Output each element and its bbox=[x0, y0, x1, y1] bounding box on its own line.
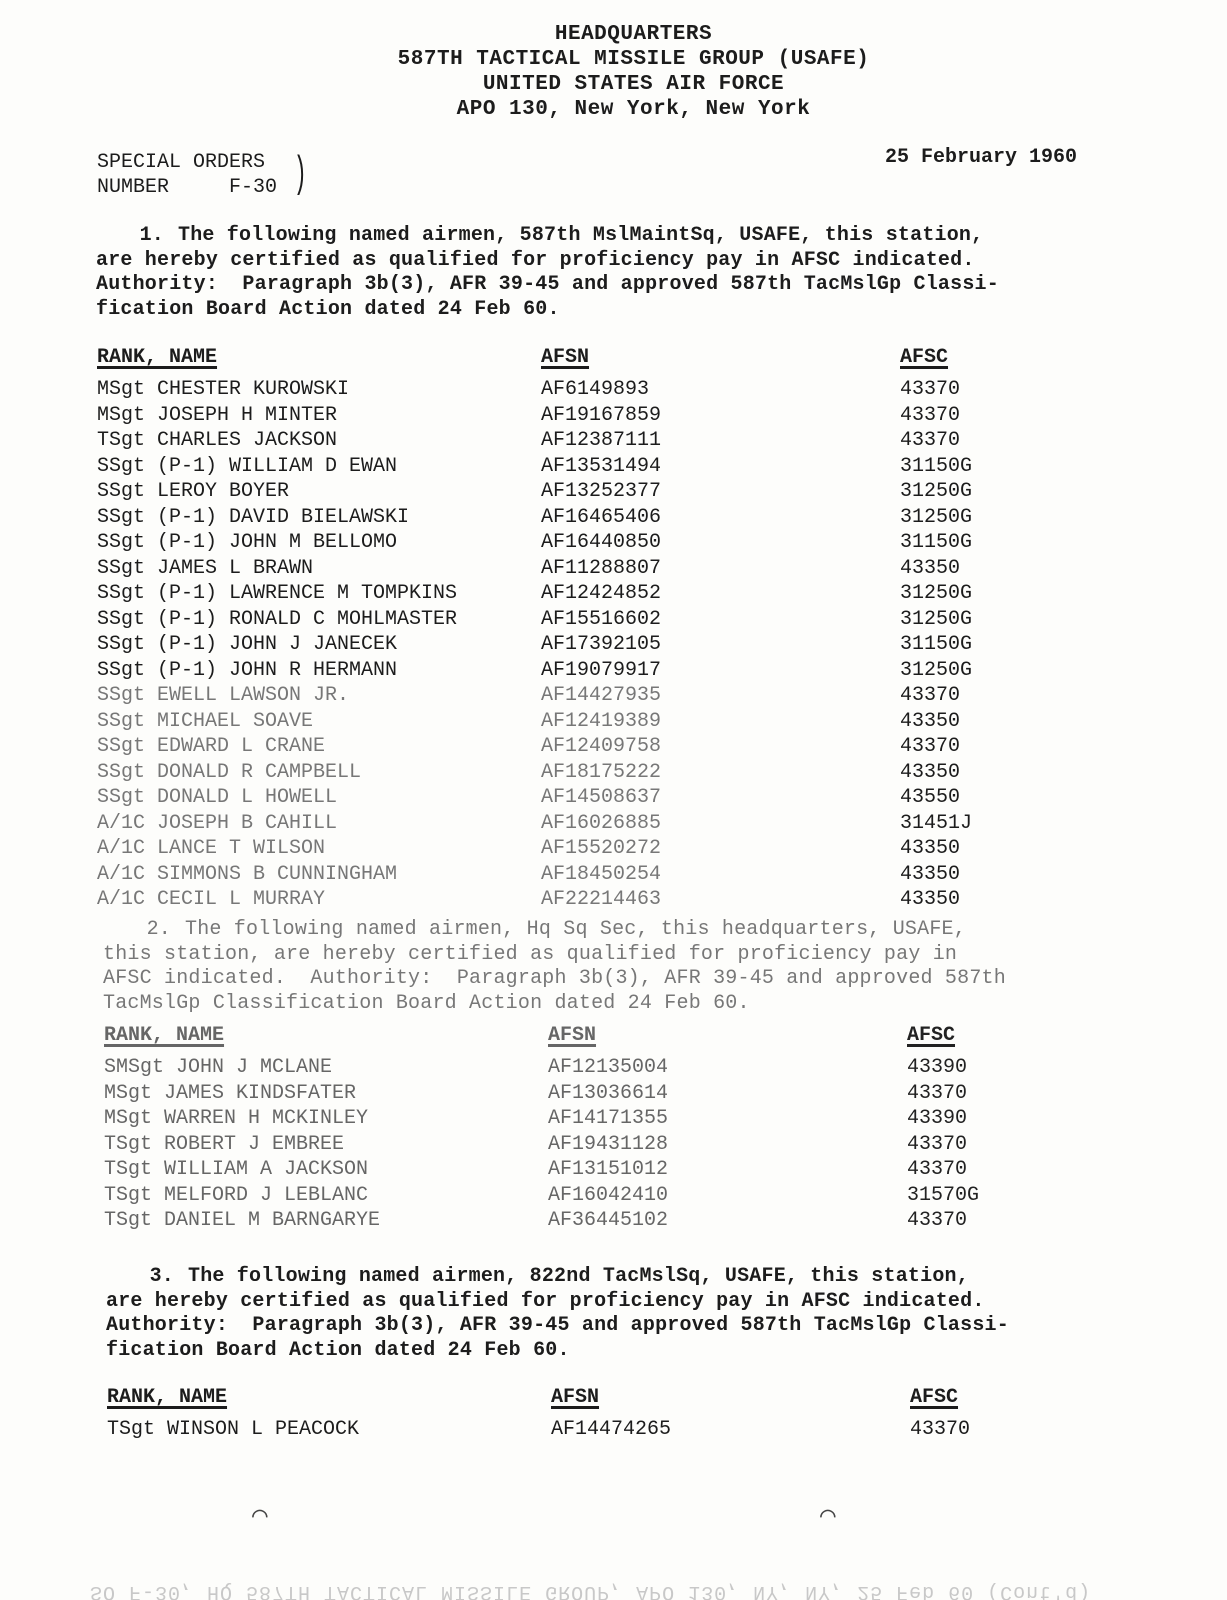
table-row: A/1C LANCE T WILSONAF1552027243350 bbox=[97, 837, 1117, 863]
table-row: TSgt ROBERT J EMBREEAF1943112843370 bbox=[104, 1133, 1124, 1159]
rank-name-cell: SSgt (P-1) WILLIAM D EWAN bbox=[97, 455, 397, 478]
rank-name-cell: SMSgt JOHN J MCLANE bbox=[104, 1056, 332, 1079]
special-orders-number: SPECIAL ORDERS NUMBER F-30 ) bbox=[97, 150, 277, 200]
rank-name-cell: SSgt (P-1) JOHN M BELLOMO bbox=[97, 531, 397, 554]
column-header-afsc: AFSC bbox=[900, 346, 948, 369]
afsc-cell: 43370 bbox=[900, 684, 960, 707]
afsn-cell: AF6149893 bbox=[541, 378, 649, 401]
column-header-rank-name: RANK, NAME bbox=[97, 346, 217, 369]
rank-name-cell: A/1C SIMMONS B CUNNINGHAM bbox=[97, 863, 397, 886]
afsc-cell: 43370 bbox=[907, 1133, 967, 1156]
afsc-cell: 43370 bbox=[907, 1209, 967, 1232]
rank-name-cell: TSgt WINSON L PEACOCK bbox=[107, 1418, 359, 1441]
document-page: HEADQUARTERS 587TH TACTICAL MISSILE GROU… bbox=[0, 0, 1227, 1600]
afsn-cell: AF19079917 bbox=[541, 659, 661, 682]
rank-name-cell: TSgt DANIEL M BARNGARYE bbox=[104, 1209, 380, 1232]
table-row: SSgt EWELL LAWSON JR.AF1442793543370 bbox=[97, 684, 1117, 710]
afsc-cell: 43350 bbox=[900, 863, 960, 886]
table-row: TSgt DANIEL M BARNGARYEAF3644510243370 bbox=[104, 1209, 1124, 1235]
column-header-afsc: AFSC bbox=[907, 1024, 955, 1047]
bleed-through-text: SO F-30, HQ 587TH TACTICAL MISSILE GROUP… bbox=[90, 1580, 1190, 1600]
section-1-table: RANK, NAMEAFSNAFSCMSgt CHESTER KUROWSKIA… bbox=[97, 346, 1117, 914]
table-row: SSgt (P-1) JOHN M BELLOMOAF1644085031150… bbox=[97, 531, 1117, 557]
letterhead: HEADQUARTERS 587TH TACTICAL MISSILE GROU… bbox=[0, 22, 1227, 122]
rank-name-cell: SSgt EDWARD L CRANE bbox=[97, 735, 325, 758]
table-row: SSgt DONALD L HOWELLAF1450863743550 bbox=[97, 786, 1117, 812]
table-row: SSgt (P-1) JOHN J JANECEKAF1739210531150… bbox=[97, 633, 1117, 659]
afsn-cell: AF19431128 bbox=[548, 1133, 668, 1156]
punch-mark-icon: ⌒ bbox=[820, 1500, 836, 1531]
afsn-cell: AF12419389 bbox=[541, 710, 661, 733]
orders-number: NUMBER F-30 bbox=[97, 175, 277, 200]
rank-name-cell: SSgt (P-1) RONALD C MOHLMASTER bbox=[97, 608, 457, 631]
table-row: SMSgt JOHN J MCLANEAF1213500443390 bbox=[104, 1056, 1124, 1082]
rank-name-cell: SSgt (P-1) DAVID BIELAWSKI bbox=[97, 506, 409, 529]
afsn-cell: AF14171355 bbox=[548, 1107, 668, 1130]
afsc-cell: 31150G bbox=[900, 531, 972, 554]
afsn-cell: AF11288807 bbox=[541, 557, 661, 580]
table-row: MSgt WARREN H MCKINLEYAF1417135543390 bbox=[104, 1107, 1124, 1133]
table-row: TSgt WINSON L PEACOCKAF1447426543370 bbox=[107, 1418, 1127, 1444]
afsc-cell: 31451J bbox=[900, 812, 972, 835]
afsc-cell: 43350 bbox=[900, 557, 960, 580]
section-number: 3. bbox=[106, 1265, 174, 1290]
table-row: A/1C SIMMONS B CUNNINGHAMAF1845025443350 bbox=[97, 863, 1117, 889]
afsc-cell: 43350 bbox=[900, 837, 960, 860]
rank-name-cell: A/1C CECIL L MURRAY bbox=[97, 888, 325, 911]
table-row: SSgt (P-1) DAVID BIELAWSKIAF164654063125… bbox=[97, 506, 1117, 532]
rank-name-cell: SSgt EWELL LAWSON JR. bbox=[97, 684, 349, 707]
afsn-cell: AF13151012 bbox=[548, 1158, 668, 1181]
afsn-cell: AF15520272 bbox=[541, 837, 661, 860]
afsn-cell: AF22214463 bbox=[541, 888, 661, 911]
afsc-cell: 43370 bbox=[907, 1082, 967, 1105]
rank-name-cell: SSgt (P-1) JOHN J JANECEK bbox=[97, 633, 397, 656]
rank-name-cell: MSgt WARREN H MCKINLEY bbox=[104, 1107, 368, 1130]
section-number: 1. bbox=[96, 224, 164, 249]
rank-name-cell: SSgt JAMES L BRAWN bbox=[97, 557, 313, 580]
table-row: TSgt CHARLES JACKSONAF1238711143370 bbox=[97, 429, 1117, 455]
afsn-cell: AF13036614 bbox=[548, 1082, 668, 1105]
section-text: The following named airmen, 587th MslMai… bbox=[96, 224, 999, 321]
table-row: MSgt JOSEPH H MINTERAF1916785943370 bbox=[97, 404, 1117, 430]
table-row: TSgt MELFORD J LEBLANCAF1604241031570G bbox=[104, 1184, 1124, 1210]
rank-name-cell: TSgt WILLIAM A JACKSON bbox=[104, 1158, 368, 1181]
afsc-cell: 43370 bbox=[910, 1418, 970, 1441]
column-header-afsc: AFSC bbox=[910, 1386, 958, 1409]
afsn-cell: AF13531494 bbox=[541, 455, 661, 478]
table-row: A/1C CECIL L MURRAYAF2221446343350 bbox=[97, 888, 1117, 914]
rank-name-cell: MSgt CHESTER KUROWSKI bbox=[97, 378, 349, 401]
section-3-paragraph: 3.The following named airmen, 822nd TacM… bbox=[106, 1265, 1146, 1363]
afsc-cell: 31150G bbox=[900, 455, 972, 478]
afsn-cell: AF15516602 bbox=[541, 608, 661, 631]
table-row: SSgt (P-1) RONALD C MOHLMASTERAF15516602… bbox=[97, 608, 1117, 634]
afsc-cell: 31150G bbox=[900, 633, 972, 656]
afsn-cell: AF12387111 bbox=[541, 429, 661, 452]
order-date: 25 February 1960 bbox=[885, 146, 1077, 169]
orders-label: SPECIAL ORDERS bbox=[97, 150, 277, 175]
rank-name-cell: TSgt CHARLES JACKSON bbox=[97, 429, 337, 452]
rank-name-cell: SSgt (P-1) JOHN R HERMANN bbox=[97, 659, 397, 682]
afsc-cell: 31250G bbox=[900, 506, 972, 529]
letterhead-line-2: 587TH TACTICAL MISSILE GROUP (USAFE) bbox=[40, 47, 1227, 72]
table-row: SSgt (P-1) WILLIAM D EWANAF1353149431150… bbox=[97, 455, 1117, 481]
section-2-table: RANK, NAMEAFSNAFSCSMSgt JOHN J MCLANEAF1… bbox=[104, 1024, 1124, 1235]
rank-name-cell: A/1C LANCE T WILSON bbox=[97, 837, 325, 860]
afsn-cell: AF14427935 bbox=[541, 684, 661, 707]
afsc-cell: 43370 bbox=[900, 378, 960, 401]
table-row: A/1C JOSEPH B CAHILLAF1602688531451J bbox=[97, 812, 1117, 838]
punch-mark-icon: ⌒ bbox=[252, 1500, 268, 1531]
afsc-cell: 43390 bbox=[907, 1107, 967, 1130]
table-row: SSgt LEROY BOYERAF1325237731250G bbox=[97, 480, 1117, 506]
afsc-cell: 43350 bbox=[900, 888, 960, 911]
table-row: MSgt JAMES KINDSFATERAF1303661443370 bbox=[104, 1082, 1124, 1108]
section-text: The following named airmen, 822nd TacMsl… bbox=[106, 1265, 1009, 1362]
afsc-cell: 43370 bbox=[900, 429, 960, 452]
rank-name-cell: TSgt ROBERT J EMBREE bbox=[104, 1133, 344, 1156]
table-row: SSgt EDWARD L CRANEAF1240975843370 bbox=[97, 735, 1117, 761]
afsn-cell: AF12424852 bbox=[541, 582, 661, 605]
table-row: MSgt CHESTER KUROWSKIAF614989343370 bbox=[97, 378, 1117, 404]
afsn-cell: AF16440850 bbox=[541, 531, 661, 554]
rank-name-cell: SSgt (P-1) LAWRENCE M TOMPKINS bbox=[97, 582, 457, 605]
rank-name-cell: SSgt MICHAEL SOAVE bbox=[97, 710, 313, 733]
afsc-cell: 43350 bbox=[900, 710, 960, 733]
rank-name-cell: MSgt JAMES KINDSFATER bbox=[104, 1082, 356, 1105]
section-2-paragraph: 2.The following named airmen, Hq Sq Sec,… bbox=[103, 918, 1143, 1016]
afsc-cell: 43370 bbox=[900, 404, 960, 427]
rank-name-cell: SSgt DONALD L HOWELL bbox=[97, 786, 337, 809]
table-row: SSgt MICHAEL SOAVEAF1241938943350 bbox=[97, 710, 1117, 736]
column-header-rank-name: RANK, NAME bbox=[107, 1386, 227, 1409]
afsc-cell: 31250G bbox=[900, 659, 972, 682]
bracket-glyph: ) bbox=[294, 150, 307, 200]
afsc-cell: 43390 bbox=[907, 1056, 967, 1079]
section-1-paragraph: 1.The following named airmen, 587th MslM… bbox=[96, 224, 1136, 322]
table-header: RANK, NAMEAFSNAFSC bbox=[104, 1024, 1124, 1056]
table-header: RANK, NAMEAFSNAFSC bbox=[107, 1386, 1127, 1418]
table-row: SSgt JAMES L BRAWNAF1128880743350 bbox=[97, 557, 1117, 583]
afsn-cell: AF13252377 bbox=[541, 480, 661, 503]
afsc-cell: 43550 bbox=[900, 786, 960, 809]
section-3-table: RANK, NAMEAFSNAFSCTSgt WINSON L PEACOCKA… bbox=[107, 1386, 1127, 1444]
table-row: SSgt (P-1) JOHN R HERMANNAF1907991731250… bbox=[97, 659, 1117, 685]
rank-name-cell: SSgt DONALD R CAMPBELL bbox=[97, 761, 361, 784]
rank-name-cell: A/1C JOSEPH B CAHILL bbox=[97, 812, 337, 835]
table-header: RANK, NAMEAFSNAFSC bbox=[97, 346, 1117, 378]
afsc-cell: 43370 bbox=[907, 1158, 967, 1181]
table-row: SSgt (P-1) LAWRENCE M TOMPKINSAF12424852… bbox=[97, 582, 1117, 608]
afsn-cell: AF18450254 bbox=[541, 863, 661, 886]
afsn-cell: AF18175222 bbox=[541, 761, 661, 784]
section-text: The following named airmen, Hq Sq Sec, t… bbox=[103, 918, 1006, 1015]
rank-name-cell: SSgt LEROY BOYER bbox=[97, 480, 289, 503]
column-header-afsn: AFSN bbox=[548, 1024, 596, 1047]
table-row: TSgt WILLIAM A JACKSONAF1315101243370 bbox=[104, 1158, 1124, 1184]
rank-name-cell: TSgt MELFORD J LEBLANC bbox=[104, 1184, 368, 1207]
afsn-cell: AF19167859 bbox=[541, 404, 661, 427]
section-number: 2. bbox=[103, 918, 171, 943]
column-header-rank-name: RANK, NAME bbox=[104, 1024, 224, 1047]
afsc-cell: 31250G bbox=[900, 582, 972, 605]
afsc-cell: 31250G bbox=[900, 480, 972, 503]
afsc-cell: 43370 bbox=[900, 735, 960, 758]
afsc-cell: 43350 bbox=[900, 761, 960, 784]
letterhead-line-4: APO 130, New York, New York bbox=[40, 97, 1227, 122]
table-row: SSgt DONALD R CAMPBELLAF1817522243350 bbox=[97, 761, 1117, 787]
rank-name-cell: MSgt JOSEPH H MINTER bbox=[97, 404, 337, 427]
afsn-cell: AF12135004 bbox=[548, 1056, 668, 1079]
letterhead-line-1: HEADQUARTERS bbox=[40, 22, 1227, 47]
afsn-cell: AF17392105 bbox=[541, 633, 661, 656]
afsn-cell: AF16042410 bbox=[548, 1184, 668, 1207]
afsn-cell: AF12409758 bbox=[541, 735, 661, 758]
afsn-cell: AF14474265 bbox=[551, 1418, 671, 1441]
column-header-afsn: AFSN bbox=[551, 1386, 599, 1409]
afsc-cell: 31570G bbox=[907, 1184, 979, 1207]
letterhead-line-3: UNITED STATES AIR FORCE bbox=[40, 72, 1227, 97]
afsn-cell: AF36445102 bbox=[548, 1209, 668, 1232]
afsc-cell: 31250G bbox=[900, 608, 972, 631]
afsn-cell: AF16465406 bbox=[541, 506, 661, 529]
afsn-cell: AF16026885 bbox=[541, 812, 661, 835]
column-header-afsn: AFSN bbox=[541, 346, 589, 369]
afsn-cell: AF14508637 bbox=[541, 786, 661, 809]
